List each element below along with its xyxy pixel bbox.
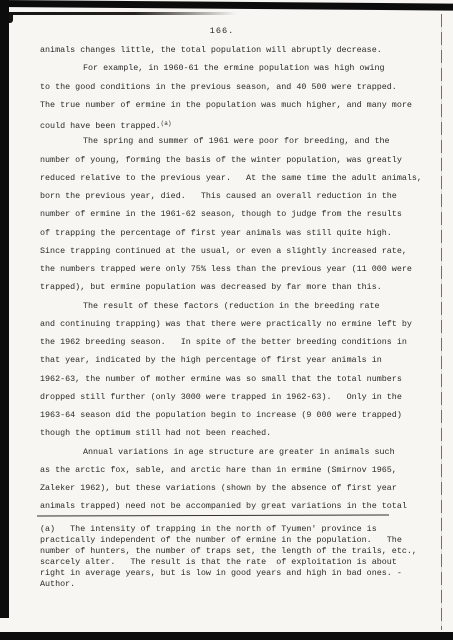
body-text-line: number of young, forming the basis of th… (40, 151, 440, 169)
body-text-line: and continuing trapping) was that there … (40, 315, 440, 333)
body-text-line: dropped still further (only 3000 were tr… (40, 388, 440, 406)
body-text-line: animals trapped) need not be accompanied… (40, 497, 440, 515)
footnote-text-line: Author. (40, 579, 440, 590)
body-text-line: The spring and summer of 1961 were poor … (40, 132, 440, 150)
body-text-line: born the previous year, died. This cause… (40, 187, 440, 205)
page-number: 166. (0, 26, 444, 36)
footnote-text-line: number of hunters, the number of traps s… (40, 546, 440, 557)
footnote-reference-marker: (a) (161, 120, 172, 127)
scan-bottom-edge (0, 632, 453, 640)
body-text-line: The result of these factors (reduction i… (40, 297, 440, 315)
body-text-line: For example, in 1960-61 the ermine popul… (40, 59, 440, 77)
body-text-line: The true number of ermine in the populat… (40, 96, 440, 114)
body-text-line: though the optimum still had not been re… (40, 424, 440, 442)
footnote-divider (37, 515, 389, 517)
body-text-line: animals changes little, the total popula… (40, 41, 440, 59)
body-text-line: Annual variations in age structure are g… (40, 443, 440, 461)
body-text-line: reduced relative to the previous year. A… (40, 169, 440, 187)
body-text-line: the 1962 breeding season. In spite of th… (40, 333, 440, 351)
body-text-line: could have been trapped.(a) (40, 114, 440, 132)
scanned-document-page: 166. animals changes little, the total p… (0, 0, 453, 640)
body-text-line: Since trapping continued at the usual, o… (40, 242, 440, 260)
page-top-shadow-line (9, 12, 237, 15)
scan-top-edge (0, 0, 453, 11)
footnote-text-line: right in average years, but is low in go… (40, 568, 440, 579)
body-text-line: 1963-64 season did the population begin … (40, 406, 440, 424)
footnote-text-line: scarcely alter. The result is that the r… (40, 557, 440, 568)
body-text-line: that year, indicated by the high percent… (40, 351, 440, 369)
body-text-line: 1962-63, the number of mother ermine was… (40, 370, 440, 388)
scan-right-crease-line (441, 14, 442, 630)
body-text-line: number of ermine in the 1961-62 season, … (40, 205, 440, 223)
footnote-text-line: (a) The intensity of trapping in the nor… (40, 524, 440, 535)
body-text-line: as the arctic fox, sable, and arctic har… (40, 461, 440, 479)
body-text-line: of trapping the percentage of first year… (40, 224, 440, 242)
page-top-shadow-hook (9, 12, 13, 23)
body-text-line: to the good conditions in the previous s… (40, 78, 440, 96)
footnote: (a) The intensity of trapping in the nor… (40, 524, 440, 590)
body-text-line: Zaleker 1962), but these variations (sho… (40, 479, 440, 497)
body-text-line: the numbers trapped were only 75% less t… (40, 260, 440, 278)
body-text: animals changes little, the total popula… (40, 41, 440, 516)
scan-left-edge (0, 0, 9, 618)
footnote-text-line: practically independent of the number of… (40, 535, 440, 546)
body-text-line: trapped), but ermine population was decr… (40, 278, 440, 296)
